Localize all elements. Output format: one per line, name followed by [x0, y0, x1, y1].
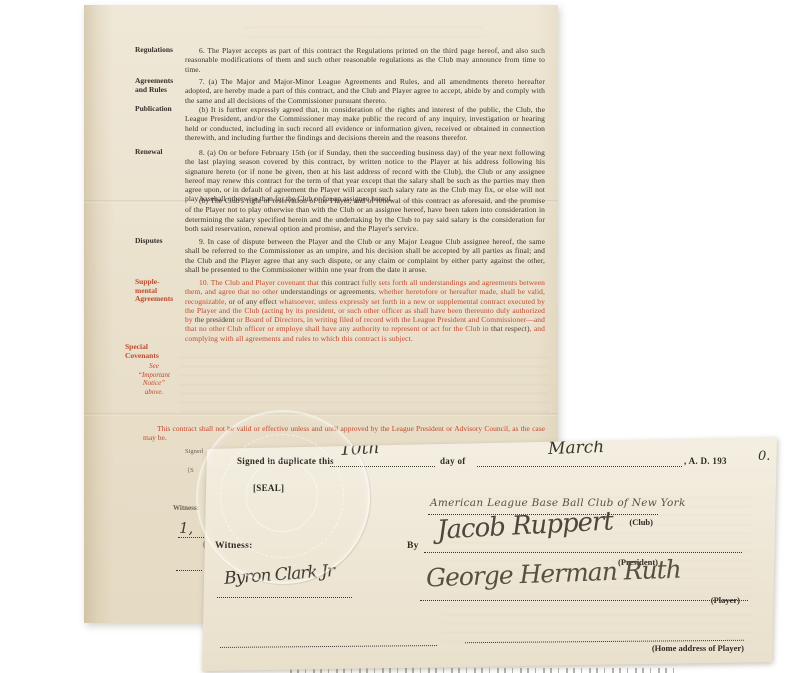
clause-7b-text: (b) It is further expressly agreed that,… — [185, 105, 545, 142]
hidden-witness-label: Witness: — [173, 504, 199, 512]
embossed-seal — [196, 410, 370, 584]
bleed-through-ghost — [179, 357, 549, 415]
president-dotted-line — [424, 542, 742, 553]
handwritten-year-digit: 0. — [758, 449, 770, 464]
bleed-through-ghost — [244, 27, 484, 41]
by-label: By — [407, 541, 419, 551]
clause-9-text: 9. In case of dispute between the Player… — [185, 237, 545, 274]
day-of-label: day of — [440, 456, 466, 466]
hidden-dotted-line — [176, 560, 202, 571]
hidden-seal-fragment: [S — [188, 467, 194, 474]
section-label-publication: Publication — [135, 105, 187, 114]
clause-10-text: 10. The Club and Player covenant that th… — [185, 278, 545, 343]
section-label-agreements-and-rules: Agreements and Rules — [135, 77, 187, 94]
home-address-dotted-line-left — [220, 635, 437, 648]
embossed-seal-inner-ring — [246, 460, 318, 532]
hidden-signed-fragment: Signed — [185, 448, 203, 455]
ad-193-label: , A. D. 193 — [684, 456, 727, 466]
handwritten-month: March — [548, 437, 605, 459]
player-caption: (Player) — [680, 595, 740, 605]
home-address-caption: (Home address of Player) — [594, 643, 744, 653]
section-label-disputes: Disputes — [135, 237, 187, 246]
document-scan: Regulations 6. The Player accepts as par… — [0, 0, 800, 673]
section-label-renewal: Renewal — [135, 148, 187, 157]
clause-8b-text: (b) The Club's right of reservation of t… — [185, 196, 545, 233]
clause-6-text: 6. The Player accepts as part of this co… — [185, 46, 545, 74]
clause-7a-text: 7. (a) The Major and Major-Minor League … — [185, 77, 545, 105]
special-covenants-note: See “Important Notice” above. — [125, 362, 183, 396]
section-label-supplemental-agreements: Supple- mental Agreements — [135, 278, 187, 304]
section-label-regulations: Regulations — [135, 46, 187, 55]
witness-dotted-line — [217, 587, 352, 598]
section-label-special-covenants: Special Covenants — [125, 343, 183, 360]
